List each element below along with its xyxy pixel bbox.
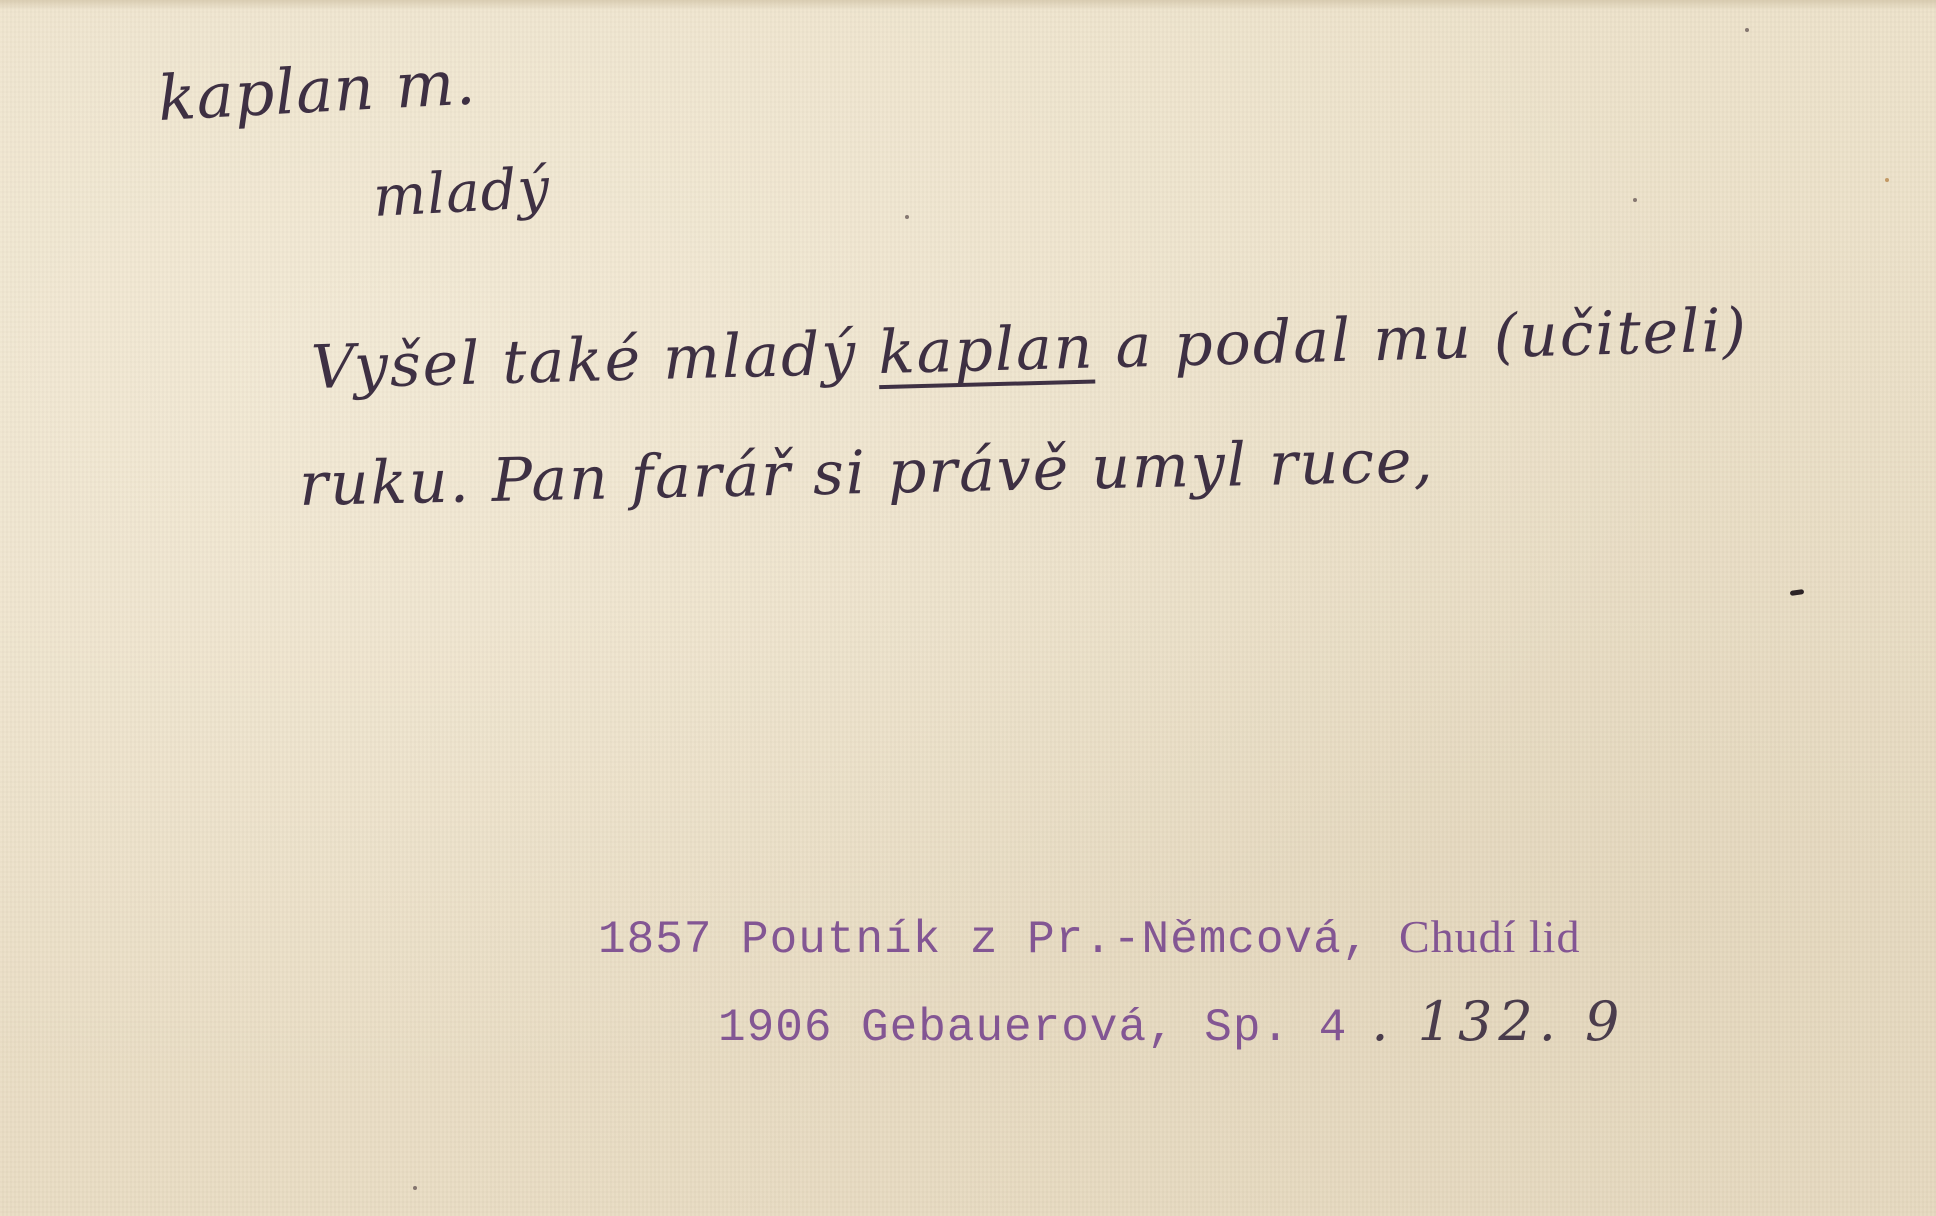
paper-speck — [905, 215, 909, 219]
sense-label: mladý — [372, 156, 552, 230]
quotation-line-2: ruku. Pan farář si právě umyl ruce, — [299, 426, 1436, 520]
stamp-edition: 1906 Gebauerová, Sp. 4 — [718, 1002, 1347, 1054]
ink-speck — [1790, 589, 1805, 596]
stamp-work-title: Chudí lid — [1399, 911, 1581, 962]
quotation-text: a podal mu (učiteli) — [1093, 295, 1748, 382]
underlined-keyword: kaplan — [877, 313, 1095, 389]
stamp-source: 1857 Poutník z Pr.-Němcová, — [598, 914, 1370, 966]
paper-speck — [1633, 198, 1637, 202]
card-top-edge — [0, 0, 1936, 10]
source-stamp-line-1: 1857 Poutník z Pr.-Němcová, Chudí lid — [598, 910, 1580, 966]
index-card: kaplan m. mladý Vyšel také mladý kaplan … — [0, 0, 1936, 1216]
paper-speck — [413, 1186, 417, 1190]
quotation-line-1: Vyšel také mladý kaplan a podal mu (učit… — [310, 295, 1749, 403]
page-reference: . 132. 9 — [1371, 990, 1625, 1053]
paper-speck — [1745, 28, 1749, 32]
paper-speck — [1885, 178, 1889, 182]
headword: kaplan m. — [156, 45, 478, 135]
quotation-text: Vyšel také mladý — [310, 318, 879, 403]
source-stamp-line-2: 1906 Gebauerová, Sp. 4. 132. 9 — [718, 990, 1625, 1054]
